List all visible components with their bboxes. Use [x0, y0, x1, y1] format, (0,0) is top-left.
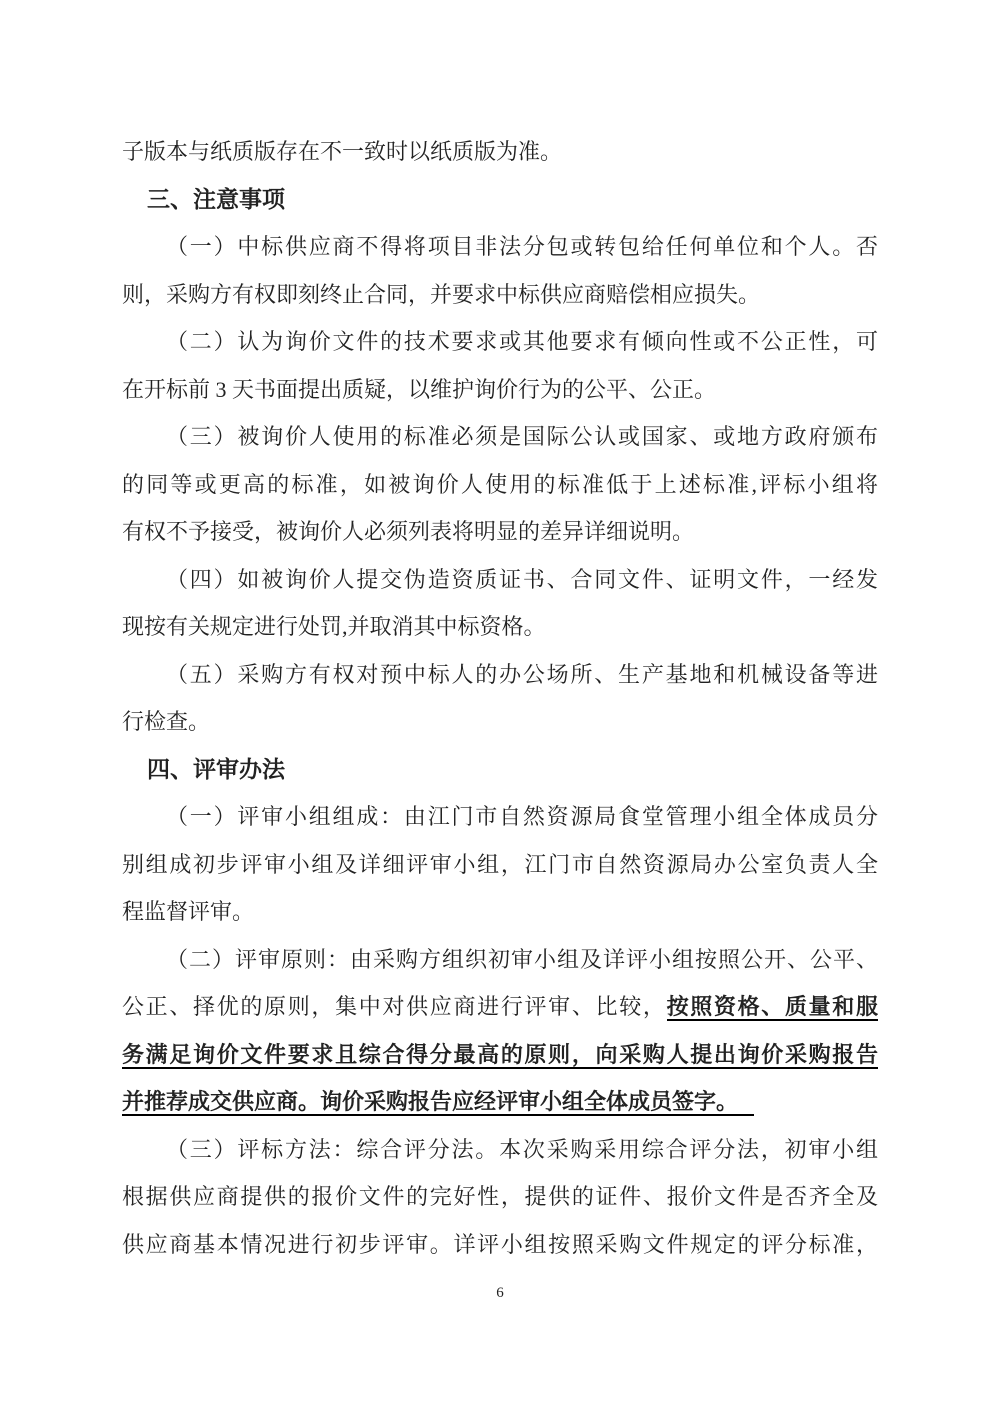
document-page: 子版本与纸质版存在不一致时以纸质版为准。 三、注意事项 （一）中标供应商不得将项… — [0, 0, 1000, 1414]
s4-item3-line2: 根据供应商提供的报价文件的完好性，提供的证件、报价文件是否齐全及 — [122, 1173, 878, 1221]
s4-item1-line1: （一）评审小组组成：由江门市自然资源局食堂管理小组全体成员分 — [122, 793, 878, 841]
s3-item3-line2: 的同等或更高的标准，如被询价人使用的标准低于上述标准,评标小组将 — [122, 461, 878, 509]
s3-item1-line2: 则，采购方有权即刻终止合同，并要求中标供应商赔偿相应损失。 — [122, 271, 878, 319]
s4-item2-line1: （二）评审原则：由采购方组织初审小组及详评小组按照公开、公平、 — [122, 936, 878, 984]
s4-item2-line2-normal-text: 公正、择优的原则，集中对供应商进行评审、比较， — [122, 994, 667, 1019]
s4-item3-line1: （三）评标方法：综合评分法。本次采购采用综合评分法，初审小组 — [122, 1126, 878, 1174]
s4-item2-line2: 公正、择优的原则，集中对供应商进行评审、比较，按照资格、质量和服 — [122, 983, 878, 1031]
s4-item3-line3: 供应商基本情况进行初步评审。详评小组按照采购文件规定的评分标准， — [122, 1221, 878, 1269]
s3-item3-line1: （三）被询价人使用的标准必须是国际公认或国家、或地方政府颁布 — [122, 413, 878, 461]
s3-item2-line2: 在开标前 3 天书面提出质疑，以维护询价行为的公平、公正。 — [122, 366, 878, 414]
s4-item2-line4-emphasis-text: 并推荐成交供应商。询价采购报告应经评审小组全体成员签字。 — [122, 1089, 754, 1116]
s3-item5-line1: （五）采购方有权对预中标人的办公场所、生产基地和机械设备等进 — [122, 651, 878, 699]
s4-item2-line4: 并推荐成交供应商。询价采购报告应经评审小组全体成员签字。 — [122, 1078, 878, 1126]
s4-item2-line3-emphasis-text: 务满足询价文件要求且综合得分最高的原则，向采购人提出询价采购报告 — [122, 1042, 878, 1069]
s4-item1-line2: 别组成初步评审小组及详细评审小组，江门市自然资源局办公室负责人全 — [122, 841, 878, 889]
s4-item1-line3: 程监督评审。 — [122, 888, 878, 936]
s3-item3-line3: 有权不予接受，被询价人必须列表将明显的差异详细说明。 — [122, 508, 878, 556]
s3-item4-line2: 现按有关规定进行处罚,并取消其中标资格。 — [122, 603, 878, 651]
document-body: 子版本与纸质版存在不一致时以纸质版为准。 三、注意事项 （一）中标供应商不得将项… — [122, 128, 878, 1268]
s4-item2-line3: 务满足询价文件要求且综合得分最高的原则，向采购人提出询价采购报告 — [122, 1031, 878, 1079]
intro-continuation-line: 子版本与纸质版存在不一致时以纸质版为准。 — [122, 128, 878, 176]
s4-item2-line2-emphasis-text: 按照资格、质量和服 — [667, 994, 878, 1021]
s3-item1-line1: （一）中标供应商不得将项目非法分包或转包给任何单位和个人。否 — [122, 223, 878, 271]
section-3-heading: 三、注意事项 — [122, 176, 878, 224]
s3-item2-line1: （二）认为询价文件的技术要求或其他要求有倾向性或不公正性，可 — [122, 318, 878, 366]
s3-item4-line1: （四）如被询价人提交伪造资质证书、合同文件、证明文件，一经发 — [122, 556, 878, 604]
section-4-heading: 四、评审办法 — [122, 746, 878, 794]
s3-item5-line2: 行检查。 — [122, 698, 878, 746]
page-number: 6 — [0, 1283, 1000, 1303]
